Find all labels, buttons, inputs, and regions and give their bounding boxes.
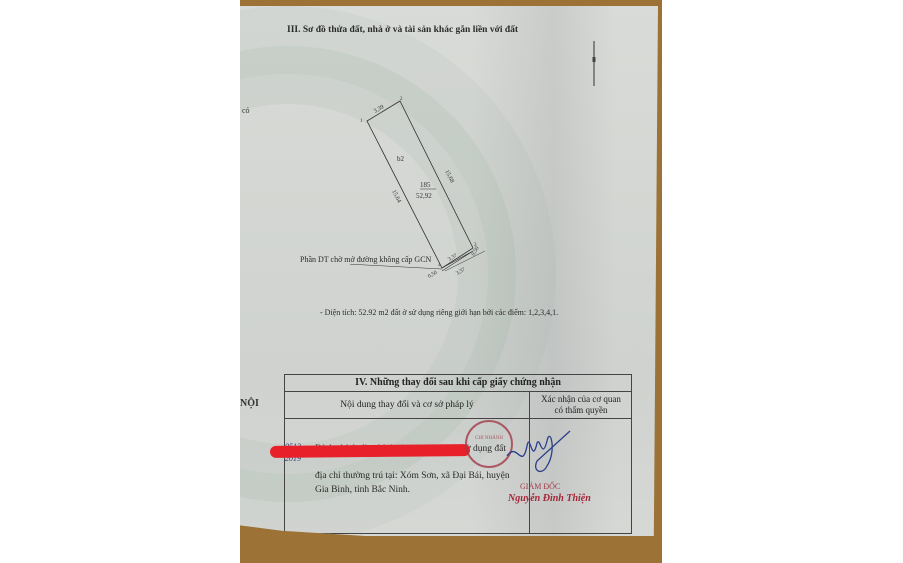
entry-line: Gia Bình, tỉnh Bắc Ninh.: [315, 484, 529, 498]
signer-name: Nguyễn Đình Thiện: [508, 493, 591, 504]
plot-plan-diagram: 1 2 3 4 3,39 15,68 15,64 b2 185 52,92 3,…: [350, 91, 500, 281]
column-header-changes: Nội dung thay đổi và cơ sở pháp lý: [285, 391, 530, 419]
certificate-page: III. Sơ đồ thửa đất, nhà ở và tài sản kh…: [240, 6, 658, 536]
edge-length: 0,50: [427, 270, 439, 280]
area-description: - Diện tích: 52.92 m2 đất ở sử dụng riên…: [320, 308, 558, 317]
column-header-line: có thẩm quyền: [555, 405, 608, 415]
edge-length: 3,39: [373, 104, 385, 114]
column-header-certification: Xác nhận của cơ quan có thẩm quyền: [530, 391, 632, 419]
parcel-area: 52,92: [416, 192, 432, 200]
road-reserve-label: Phần DT chờ mở đường không cấp GCN: [300, 255, 431, 264]
edge-length: 0,50: [471, 245, 481, 257]
parcel-number: 185: [420, 181, 431, 189]
point-label: 1: [360, 119, 363, 124]
plot-label: b2: [397, 155, 405, 163]
section-4-title: IV. Những thay đổi sau khi cấp giấy chứn…: [285, 375, 631, 392]
entry-line: địa chỉ thường trú tại: Xóm Sơn, xã Đại …: [315, 470, 529, 484]
point-label: 2: [400, 97, 403, 102]
signature-icon: [502, 421, 572, 481]
signer-title: GIÁM ĐỐC: [520, 482, 560, 491]
stamp-text: CHI NHÁNH: [475, 436, 503, 441]
edge-length: 3,37: [455, 267, 467, 277]
north-arrow-icon: [592, 41, 596, 86]
column-header-line: Xác nhận của cơ quan: [541, 394, 621, 404]
left-margin-fragment: có: [242, 106, 250, 115]
document-photo: III. Sơ đồ thửa đất, nhà ở và tài sản kh…: [240, 0, 662, 563]
left-margin-fragment: NỘI: [240, 398, 259, 409]
redaction-mark: [270, 444, 470, 458]
edge-length: 15,64: [390, 189, 401, 204]
edge-length: 15,68: [443, 169, 454, 184]
section-3-title: III. Sơ đồ thửa đất, nhà ở và tài sản kh…: [287, 25, 518, 35]
